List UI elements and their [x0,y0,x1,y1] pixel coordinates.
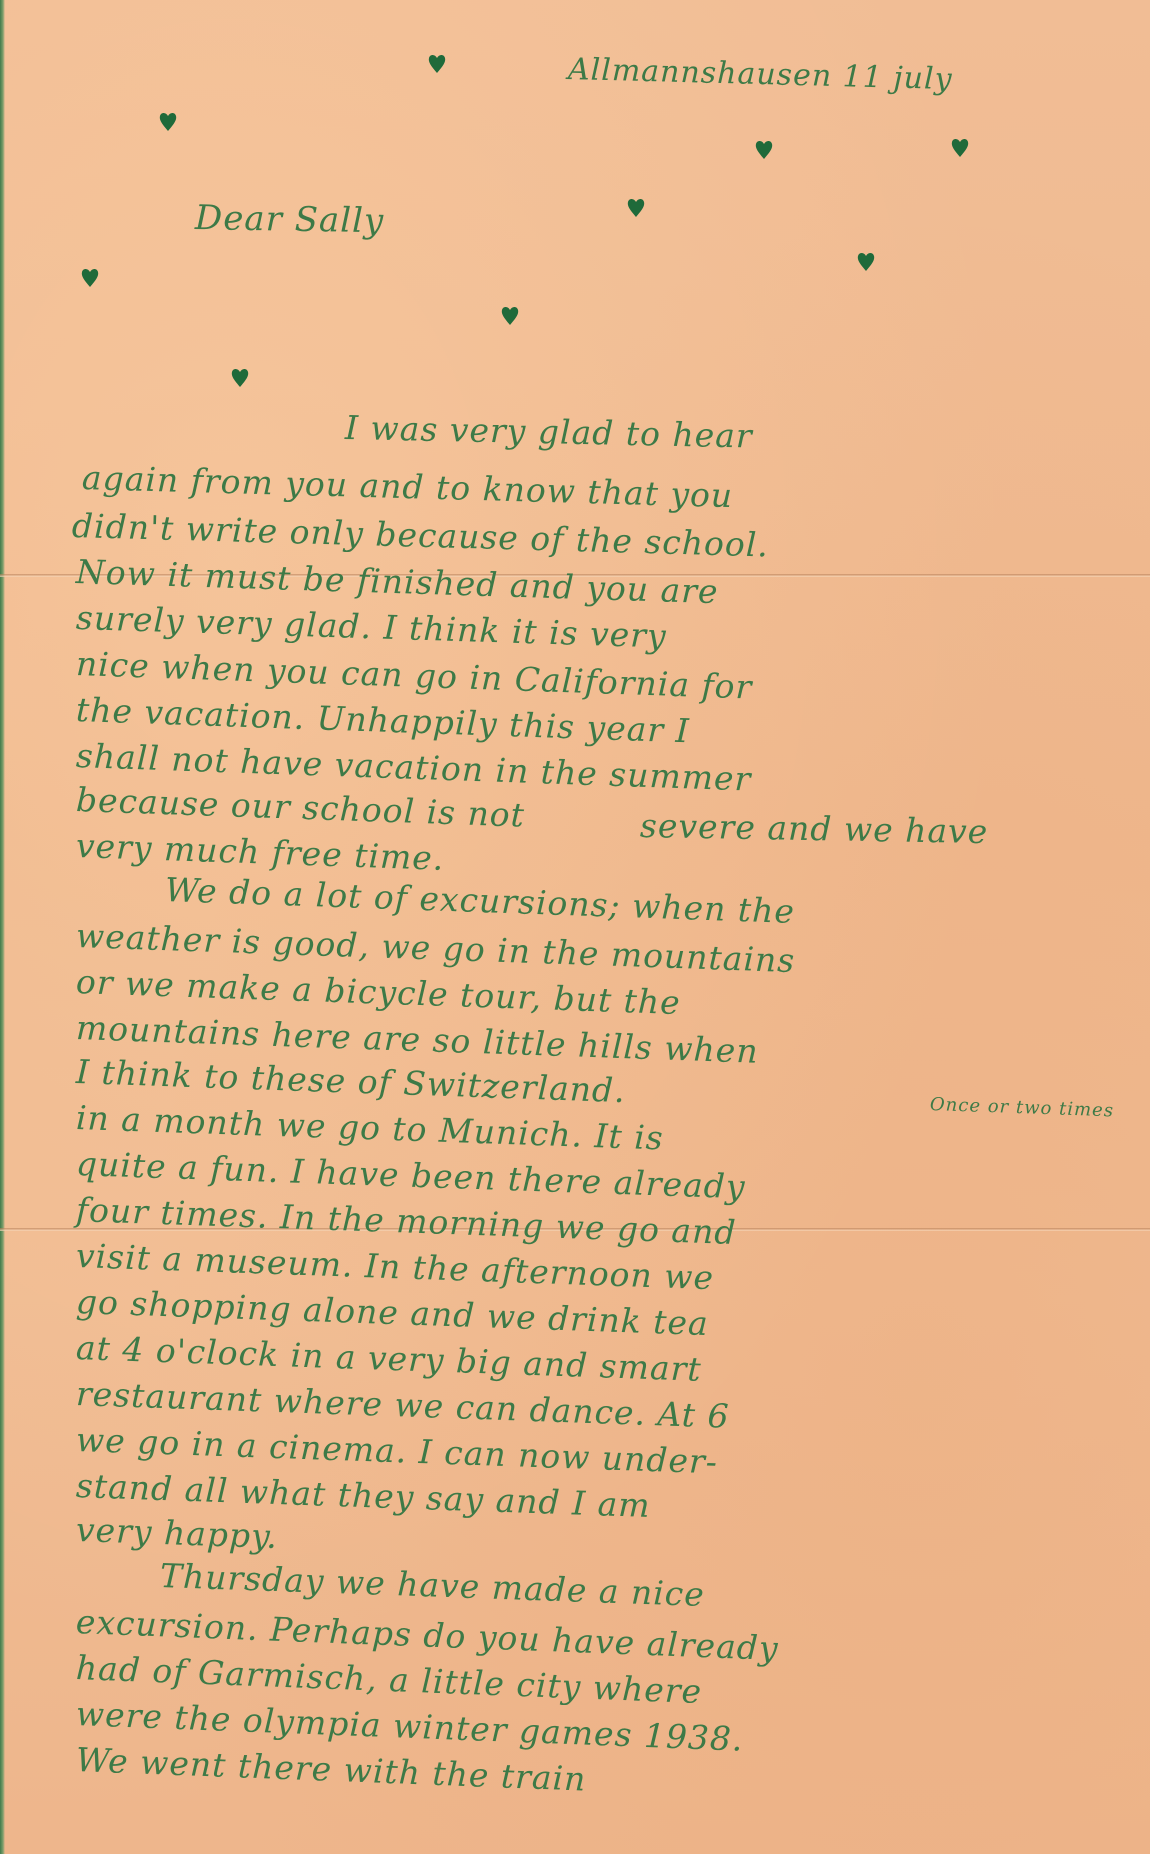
letter-insertion: severe and we have [640,806,989,851]
heart-icon [427,52,447,74]
letter-line: I was very glad to hear [345,408,754,456]
heart-icon [500,304,520,326]
greeting: Dear Sally [195,198,385,241]
heart-icon [626,196,646,218]
heart-icon [158,110,178,132]
heart-icon [80,266,100,288]
heart-icon [950,136,970,158]
letter-line: Thursday we have made a nice [159,1556,705,1614]
heart-icon [230,366,250,388]
dateline: Allmannshausen 11 july [568,52,953,97]
letter-line: very much free time. [75,826,445,878]
heart-icon [754,138,774,160]
letter-line: very happy. [75,1510,278,1556]
heart-icon [856,250,876,272]
letter-insertion: Once or two times [930,1094,1115,1121]
letter-page: Allmannshausen 11 july Dear Sally I was … [0,0,1150,1854]
letter-line: again from you and to know that you [81,458,733,515]
paper-edge [0,0,5,1854]
